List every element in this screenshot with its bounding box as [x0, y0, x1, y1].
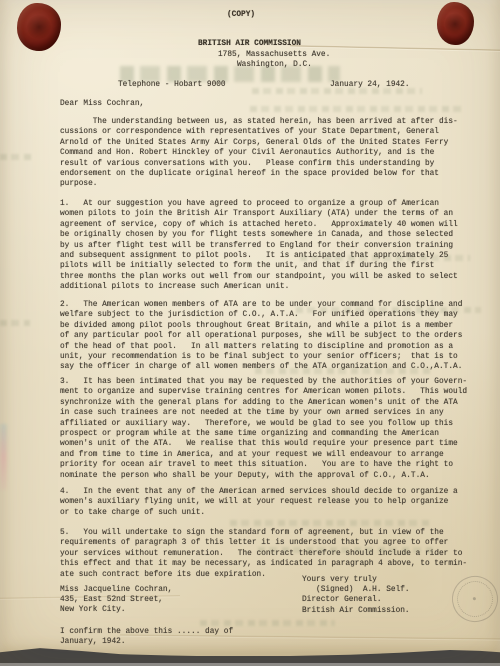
letterhead-org: BRITISH AIR COMMISSION — [198, 39, 301, 49]
letterhead-address2: Washington, D.C. — [237, 60, 312, 70]
recipient-block: Miss Jacqueline Cochran, 435, East 52nd … — [60, 585, 172, 616]
paragraph-1: 1. At our suggestion you have agreed to … — [60, 199, 458, 293]
wax-seal-right — [437, 2, 474, 45]
copy-label: (COPY) — [227, 10, 255, 20]
letter-paper: (COPY) BRITISH AIR COMMISSION 1785, Mass… — [0, 0, 500, 656]
bleedthrough-line — [200, 620, 335, 626]
confirmation-block: I confirm the above this ..... day of Ja… — [60, 627, 233, 647]
edge-color-streak — [0, 424, 7, 490]
paragraph-5: 5. You will undertake to sign the standa… — [60, 528, 467, 580]
paragraph-2: 2. The American women members of ATA are… — [60, 300, 462, 373]
letterhead-telephone: Telephone - Hobart 9000 — [118, 80, 226, 90]
paragraph-4: 4. In the event that any of the American… — [60, 487, 458, 518]
wax-seal-left — [17, 3, 61, 51]
paragraph-3: 3. It has been intimated that you may be… — [60, 377, 467, 481]
wax-seal-swirl — [445, 13, 465, 35]
bleedthrough-line — [0, 154, 34, 160]
closing-block: Yours very truly (Signed) A.H. Self. Dir… — [302, 575, 410, 616]
salutation: Dear Miss Cochran, — [60, 99, 144, 109]
letter-date: January 24, 1942. — [330, 80, 410, 90]
bleedthrough-line — [230, 520, 430, 526]
bleedthrough-line — [0, 320, 30, 326]
bleedthrough-line — [250, 106, 465, 112]
letterhead-address1: 1785, Massachusetts Ave. — [218, 50, 330, 60]
paragraph-intro: The understanding between us, as stated … — [60, 117, 458, 190]
